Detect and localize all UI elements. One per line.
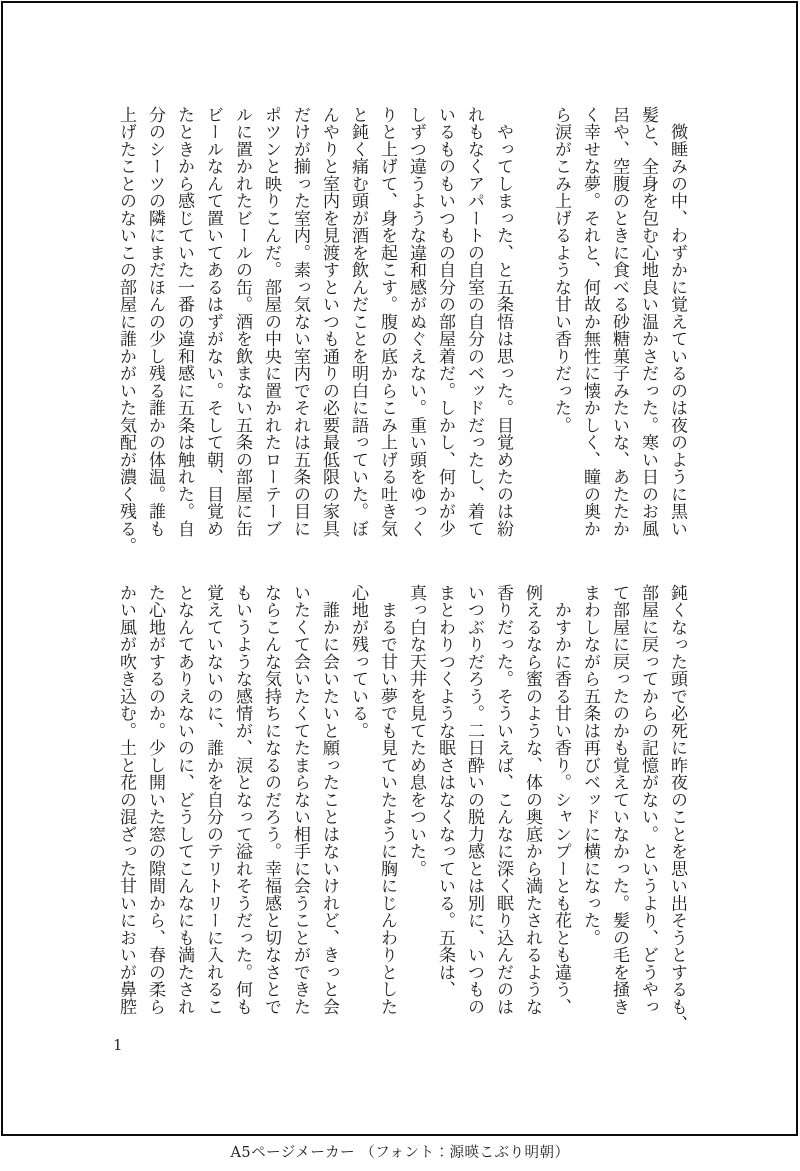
text-line: 鈍くなった頭で必死に昨夜のことを思い出そうとするも、 — [662, 584, 691, 1033]
text-line: んやりと室内を見渡すといつも通りの必要最低限の家具 — [314, 106, 343, 555]
text-line: と鈍く痛む頭が酒を飲んだことを明白に語っていた。ぼ — [343, 106, 372, 555]
text-line: 覚えていないのに、誰かを自分のテリトリーに入れるこ — [198, 584, 227, 1033]
text-line: やってしまった、と五条悟は思った。目覚めたのは紛 — [488, 106, 517, 555]
text-line: ルに置かれたビールの缶。酒を飲まない五条の部屋に缶 — [227, 106, 256, 555]
text-line: しずつ違うような違和感がぬぐえない。重い頭をゆっく — [401, 106, 430, 555]
text-line: 例えるなら蜜のような、体の奥底から満たされるような — [517, 584, 546, 1033]
text-line: 香りだった。そういえば、こんなに深く眠り込んだのは — [488, 584, 517, 1033]
page-number: 1 — [113, 1036, 123, 1054]
text-line: 微睡みの中、わずかに覚えているのは夜のように黒い — [662, 106, 691, 555]
text-line: 上げたことのないこの部屋に誰かがいた気配が濃く残る。 — [111, 106, 140, 555]
text-line: て部屋に戻ったのかも覚えていなかった。髪の毛を掻き — [604, 584, 633, 1033]
text-line: となんてありえないのに、どうしてこんなにも満たされ — [169, 584, 198, 1033]
text-line: 真っ白な天井を見てため息をついた。 — [401, 584, 430, 1033]
footer-caption: A5ページメーカー （フォント：源暎こぶり明朝） — [0, 1141, 800, 1162]
text-line — [517, 106, 546, 555]
text-line: ビールなんて置いてあるはずがない。そして朝、目覚め — [198, 106, 227, 555]
text-line: ら涙がこみ上げるような甘い香りだった。 — [546, 106, 575, 555]
text-line: いるものもいつもの自分の部屋着だ。しかし、何かが少 — [430, 106, 459, 555]
text-line: れもなくアパートの自室の自分のベッドだったし、着て — [459, 106, 488, 555]
text-line: たときから感じていた一番の違和感に五条は触れた。自 — [169, 106, 198, 555]
text-line: 呂や、空腹のときに食べる砂糖菓子みたいな、あたたか — [604, 106, 633, 555]
text-line: 心地が残っている。 — [343, 584, 372, 1033]
text-block-top: 微睡みの中、わずかに覚えているのは夜のように黒い髪と、全身を包む心地良い温かさだ… — [111, 106, 691, 555]
text-line: ポツンと映りこんだ。部屋の中央に置かれたローテーブ — [256, 106, 285, 555]
text-block-bottom: 鈍くなった頭で必死に昨夜のことを思い出そうとするも、部屋に戻ってからの記憶がない… — [111, 584, 691, 1033]
text-line: だけが揃った室内。素っ気ない室内でそれは五条の目に — [285, 106, 314, 555]
text-line: まるで甘い夢でも見ていたように胸にじんわりとした — [372, 584, 401, 1033]
text-line: かい風が吹き込む。土と花の混ざった甘いにおいが鼻腔 — [111, 584, 140, 1033]
text-line: りと上げて、身を起こす。腹の底からこみ上げる吐き気 — [372, 106, 401, 555]
manuscript-page-frame: 微睡みの中、わずかに覚えているのは夜のように黒い髪と、全身を包む心地良い温かさだ… — [1, 1, 798, 1136]
text-line: 誰かに会いたいと願ったことはないけれど、きっと会 — [314, 584, 343, 1033]
text-line: 部屋に戻ってからの記憶がない。というより、どうやっ — [633, 584, 662, 1033]
text-line: いつぶりだろう。二日酔いの脱力感とは別に、いつもの — [459, 584, 488, 1033]
text-line: もいうような感情が、涙となって溢れそうだった。何も — [227, 584, 256, 1033]
text-line: いたくて会いたくてたまらない相手に会うことができた — [285, 584, 314, 1033]
text-line: ならこんな気持ちになるのだろう。幸福感と切なさとで — [256, 584, 285, 1033]
text-line: 分のシーツの隣にまだほんの少し残る誰かの体温。誰も — [140, 106, 169, 555]
text-line: かすかに香る甘い香り。シャンプーとも花とも違う、 — [546, 584, 575, 1033]
text-line: く幸せな夢。それと、何故か無性に懐かしく、瞳の奥か — [575, 106, 604, 555]
text-line: た心地がするのか。少し開いた窓の隙間から、春の柔ら — [140, 584, 169, 1033]
text-line: 髪と、全身を包む心地良い温かさだった。寒い日のお風 — [633, 106, 662, 555]
text-line: まとわりつくような眠さはなくなっている。五条は、 — [430, 584, 459, 1033]
text-line: まわしながら五条は再びベッドに横になった。 — [575, 584, 604, 1033]
